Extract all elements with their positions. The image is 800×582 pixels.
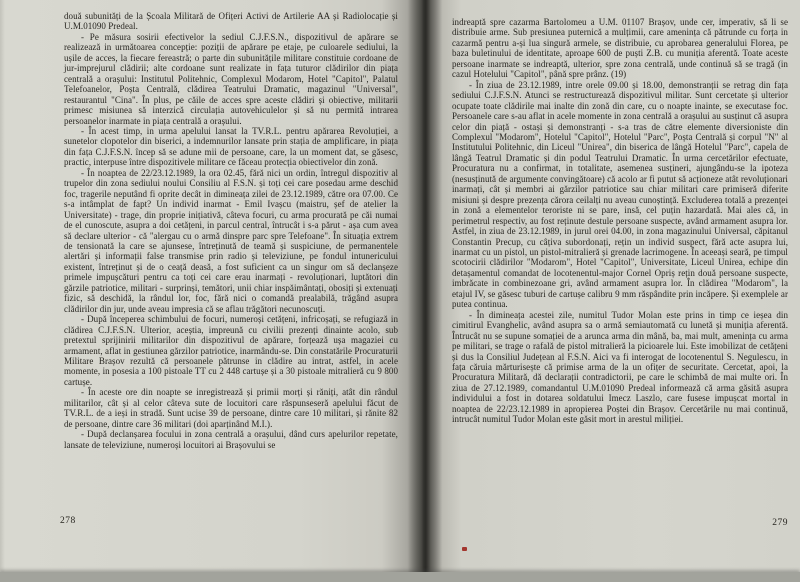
paragraph: - Pe măsura sosirii efectivelor la sediu… — [64, 32, 398, 126]
paragraph: - În aceste ore din noapte se inregistre… — [64, 387, 398, 429]
paragraph: două subunități de la Școala Militară de… — [64, 11, 398, 32]
page-right-text: indreaptă spre cazarma Bartolomeu a U.M.… — [452, 17, 788, 425]
paragraph: - În dimineața acestei zile, numitul Tud… — [452, 310, 788, 425]
page-left-text: două subunități de la Școala Militară de… — [64, 11, 398, 450]
scan-left-edge — [0, 0, 5, 572]
book-scan: două subunități de la Școala Militară de… — [0, 0, 800, 582]
red-mark — [462, 547, 467, 551]
paragraph: - În ziua de 23.12.1989, intre orele 09.… — [452, 80, 788, 310]
paragraph: indreaptă spre cazarma Bartolomeu a U.M.… — [452, 17, 788, 80]
page-number-left: 278 — [60, 516, 76, 526]
paragraph: - În acest timp, in urma apelului lansat… — [64, 126, 398, 168]
paragraph: - În noaptea de 22/23.12.1989, la ora 02… — [64, 168, 398, 314]
paragraph: - După începerea schimbului de focuri, n… — [64, 314, 398, 387]
scan-bottom-edge — [0, 572, 800, 582]
paragraph: - După declanșarea focului in zona centr… — [64, 429, 398, 450]
page-number-right: 279 — [452, 518, 788, 528]
